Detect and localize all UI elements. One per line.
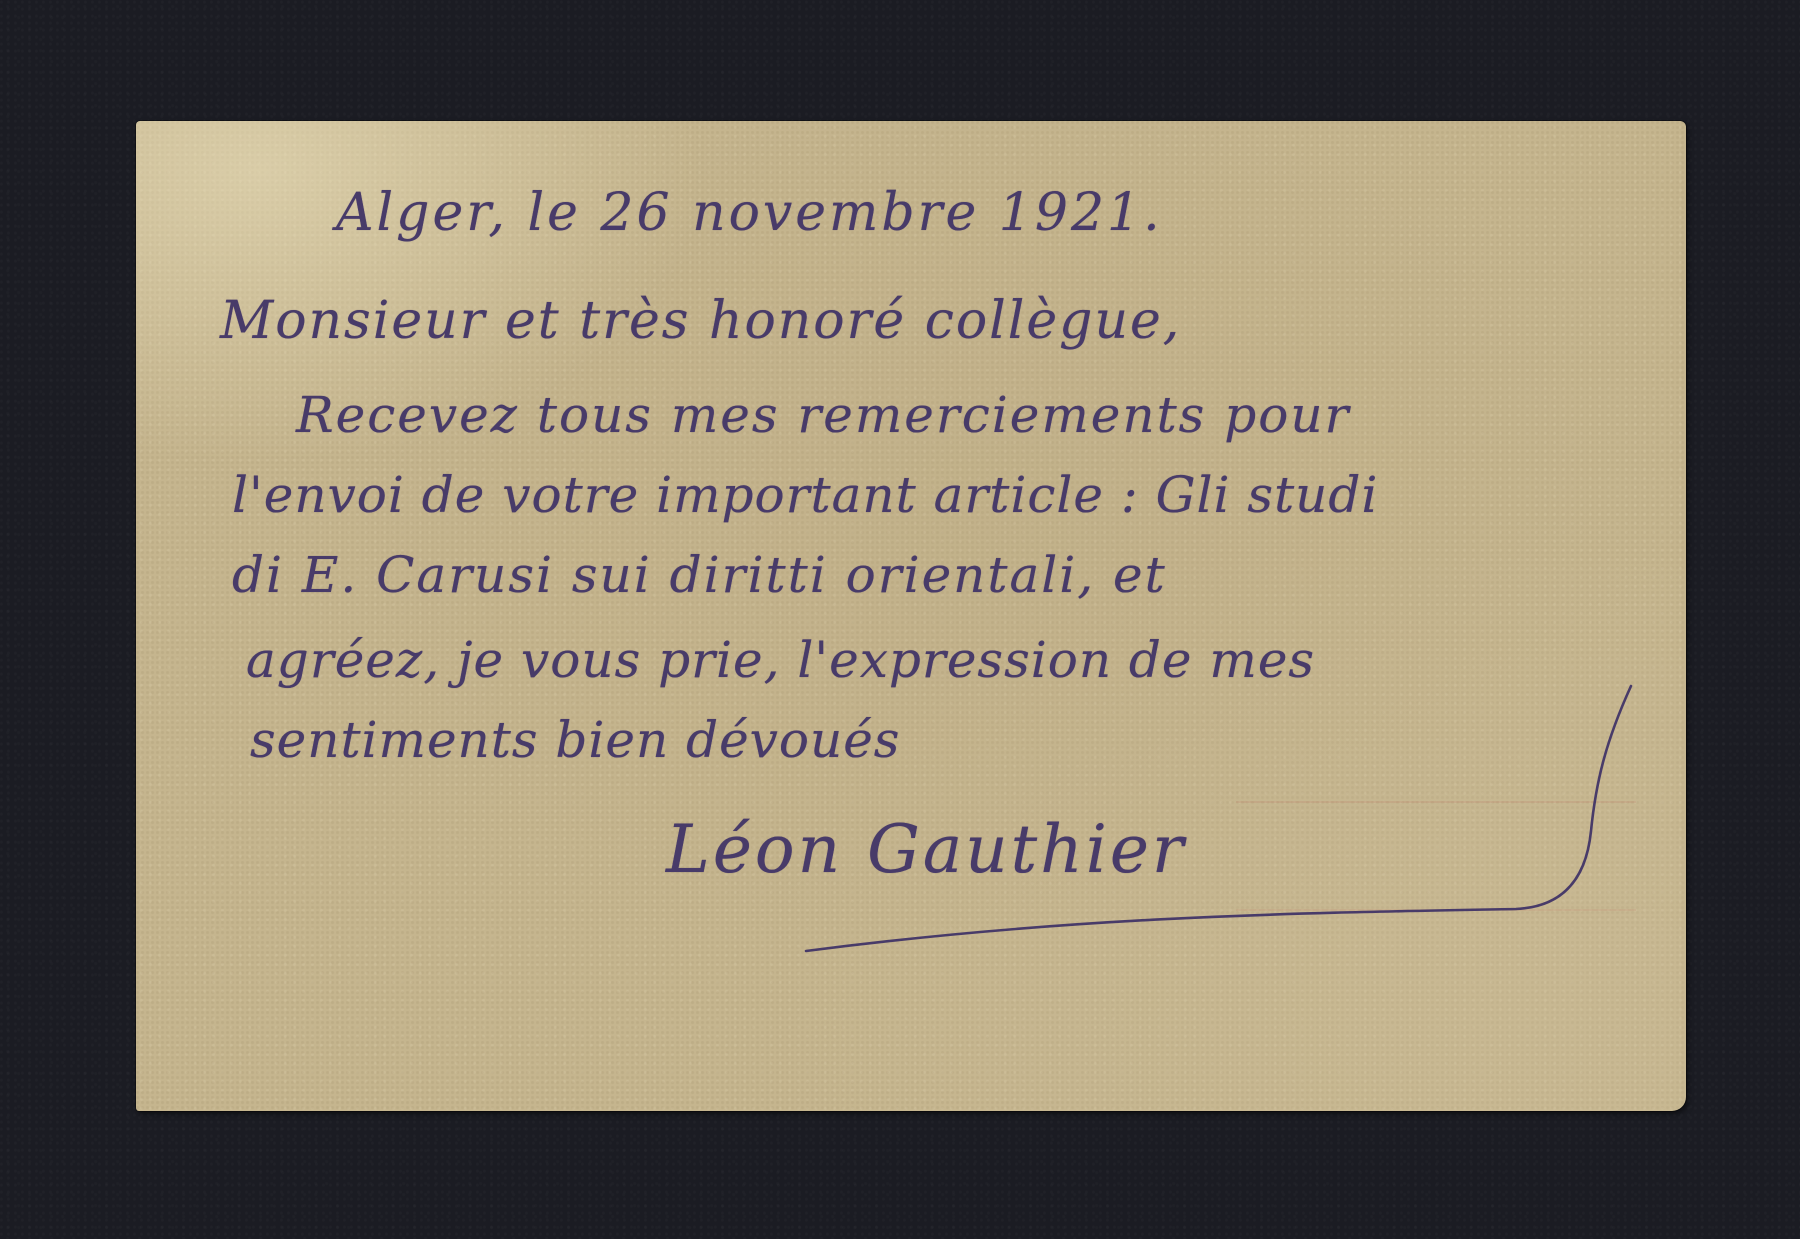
body-line: di E. Carusi sui diritti orientali, et [232, 546, 1167, 604]
body-line: sentiments bien dévoués [250, 711, 900, 769]
postcard: Alger, le 26 novembre 1921. Monsieur et … [136, 121, 1686, 1111]
signature: Léon Gauthier [666, 811, 1186, 888]
body-line: agréez, je vous prie, l'expression de me… [246, 631, 1315, 689]
place-and-date: Alger, le 26 novembre 1921. [336, 183, 1163, 243]
body-line: Recevez tous mes remerciements pour [296, 386, 1350, 444]
salutation: Monsieur et très honoré collègue, [220, 291, 1181, 351]
body-line: l'envoi de votre important article : Gli… [232, 466, 1378, 524]
